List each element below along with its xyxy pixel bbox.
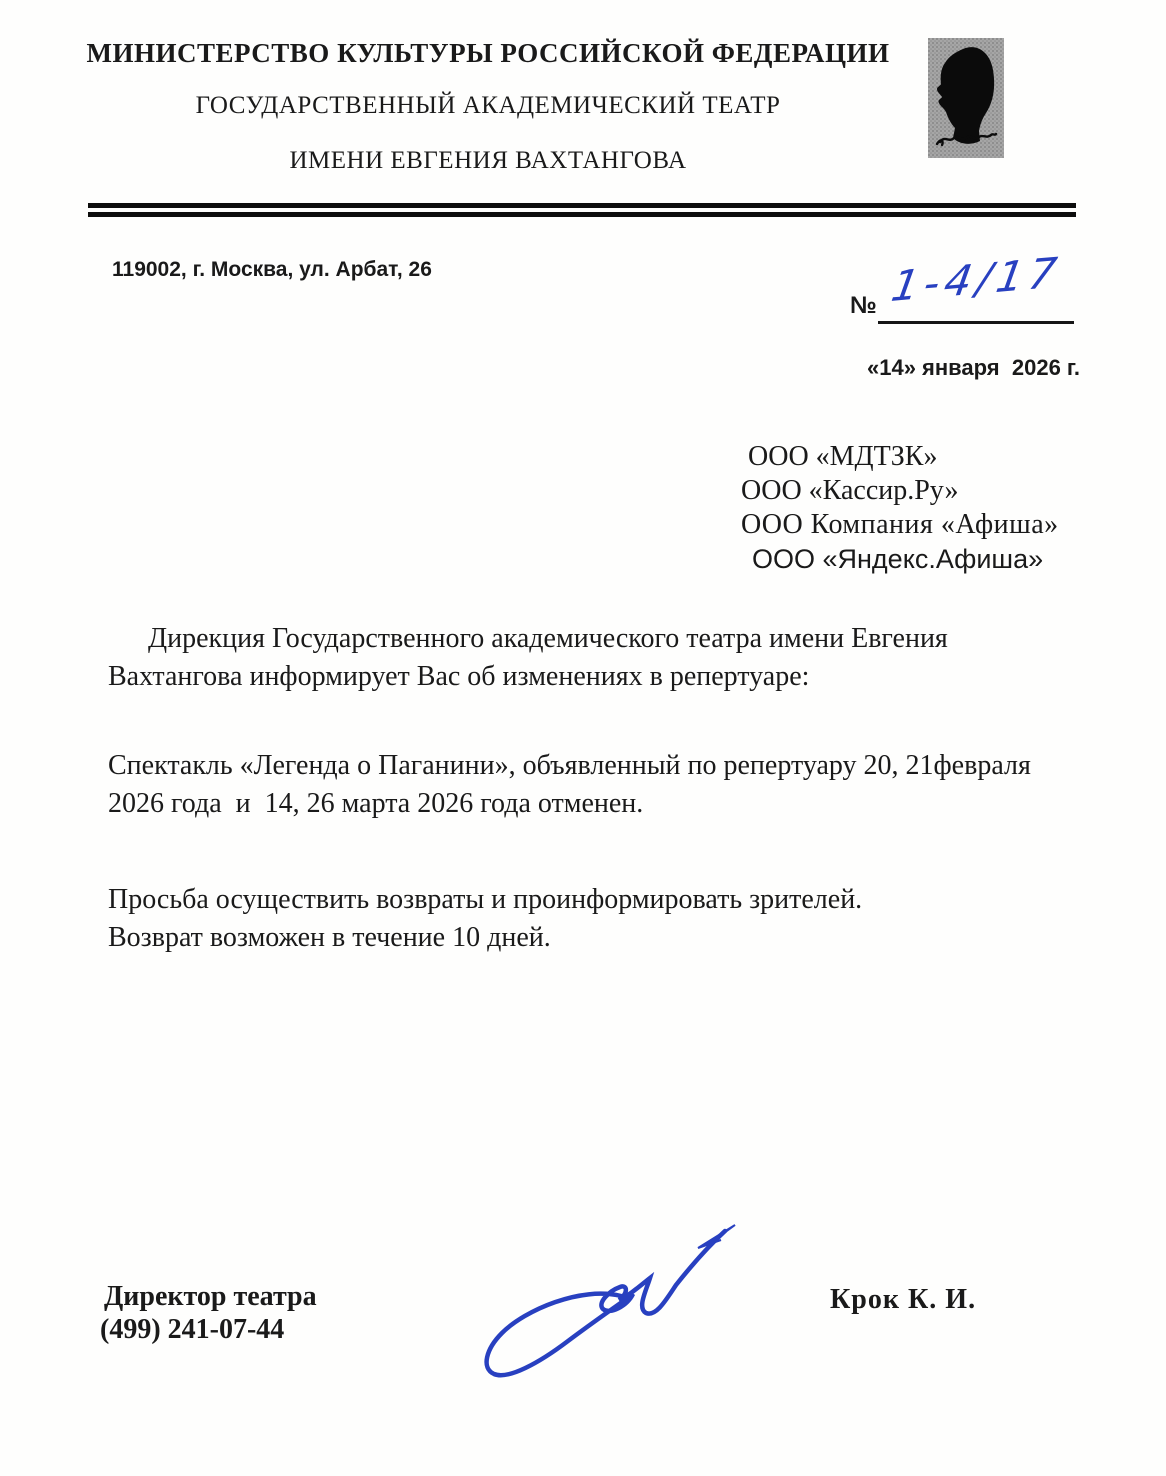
paragraph-line: Спектакль «Легенда о Паганини», объявлен… — [108, 747, 1031, 785]
paragraph-line: Просьба осуществить возвраты и проинформ… — [108, 881, 862, 919]
paragraph-line: Возврат возможен в течение 10 дней. — [108, 919, 862, 957]
recipient-line: ООО «Кассир.Ру» — [741, 474, 1059, 508]
number-underline — [878, 321, 1074, 324]
letter-page: МИНИСТЕРСТВО КУЛЬТУРЫ РОССИЙСКОЙ ФЕДЕРАЦ… — [0, 0, 1166, 1476]
vakhtangov-head-silhouette-icon — [928, 38, 1004, 158]
date-line: «14» января 2026 г. — [845, 355, 1080, 381]
paragraph-line: Вахтангова информирует Вас об изменениях… — [108, 658, 948, 696]
paragraph-line: Дирекция Государственного академического… — [108, 620, 948, 658]
recipient-line: ООО «МДТЗК» — [741, 440, 1059, 474]
handwritten-number: 1-4/17 — [888, 248, 1065, 311]
paragraph-line: 2026 года и 14, 26 марта 2026 года отмен… — [108, 785, 1031, 823]
director-signature-icon — [468, 1216, 780, 1416]
paragraph-intro: Дирекция Государственного академического… — [108, 620, 948, 696]
theatre-name-line2: ИМЕНИ ЕВГЕНИЯ ВАХТАНГОВА — [0, 147, 976, 175]
number-label: № — [850, 292, 877, 320]
paragraph-cancellation: Спектакль «Легенда о Паганини», объявлен… — [108, 747, 1031, 823]
paragraph-refund-request: Просьба осуществить возвраты и проинформ… — [108, 881, 862, 957]
theatre-name-line1: ГОСУДАРСТВЕННЫЙ АКАДЕМИЧЕСКИЙ ТЕАТР — [0, 92, 976, 120]
signer-phone: (499) 241-07-44 — [100, 1314, 284, 1346]
address-line: 119002, г. Москва, ул. Арбат, 26 — [112, 258, 432, 282]
double-rule-divider — [88, 203, 1076, 217]
signer-title: Директор театра — [104, 1281, 317, 1313]
recipient-line: ООО «Яндекс.Афиша» — [741, 542, 1059, 576]
ministry-title: МИНИСТЕРСТВО КУЛЬТУРЫ РОССИЙСКОЙ ФЕДЕРАЦ… — [0, 38, 976, 69]
recipient-line: ООО Компания «Афиша» — [741, 508, 1059, 542]
signer-name: Крок К. И. — [830, 1284, 976, 1316]
recipients-block: ООО «МДТЗК» ООО «Кассир.Ру» ООО Компания… — [741, 440, 1059, 576]
